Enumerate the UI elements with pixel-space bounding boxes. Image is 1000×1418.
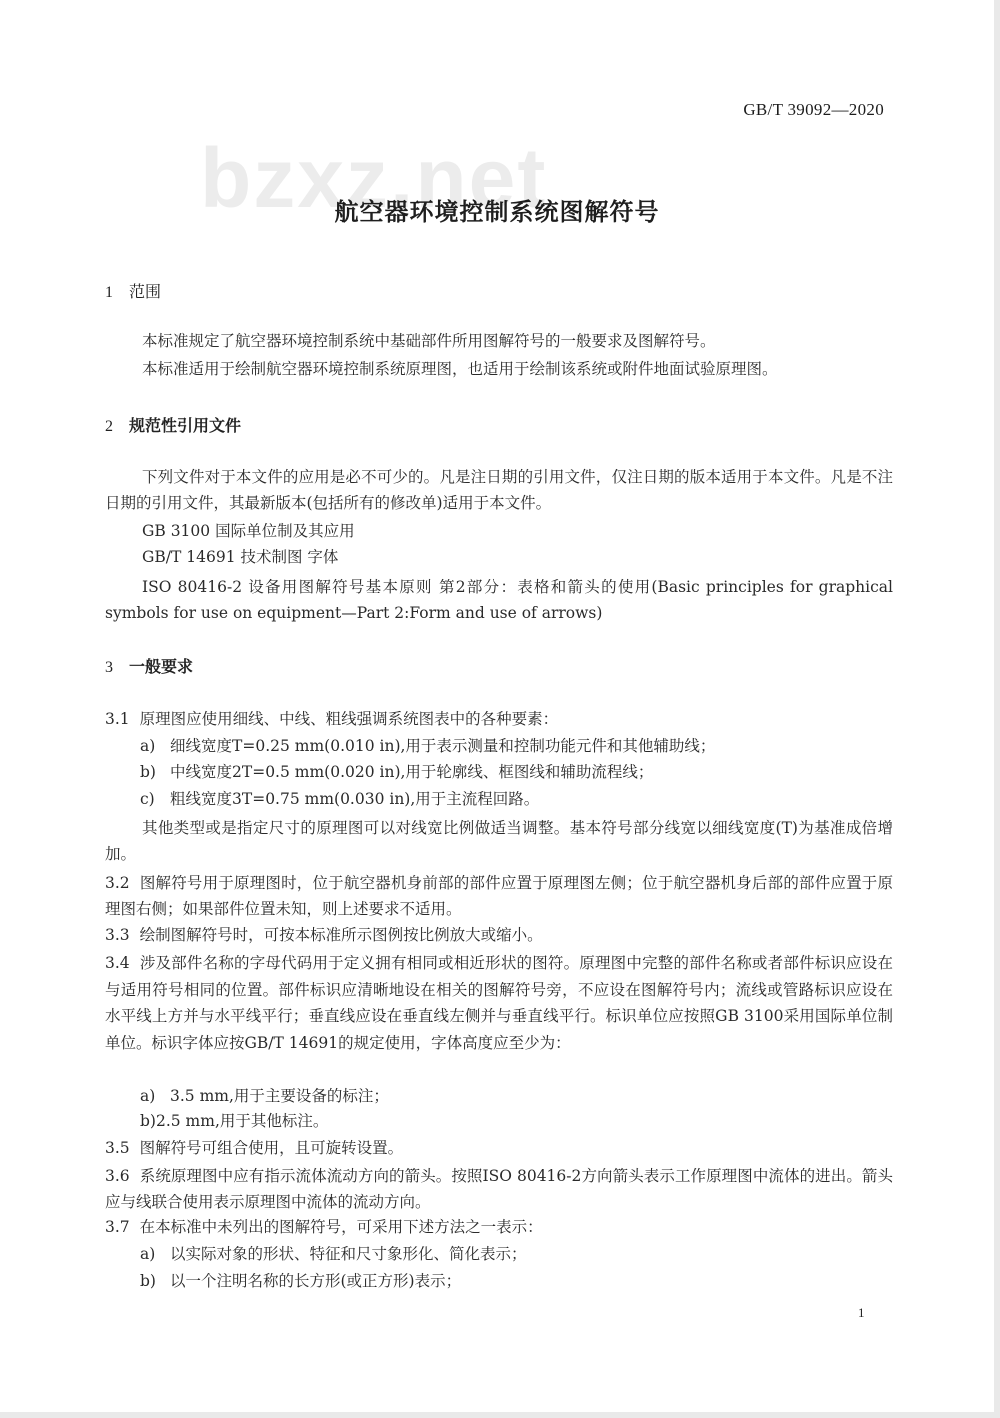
item-label: c) [140,788,170,810]
standard-code: GB/T 39092—2020 [743,100,884,120]
clause-number: 3.5 [105,1139,130,1157]
clause-text: 图解符号可组合使用，且可旋转设置。 [140,1139,404,1157]
section-title: 范围 [129,282,161,301]
clause-3-4-item-a: a)3.5 mm,用于主要设备的标注； [140,1085,389,1107]
clause-number: 3.3 [105,926,130,944]
references-intro: 下列文件对于本文件的应用是必不可少的。凡是注日期的引用文件，仅注日期的版本适用于… [105,464,893,516]
section-number: 2 [105,418,113,435]
scope-paragraph-1: 本标准规定了航空器环境控制系统中基础部件所用图解符号的一般要求及图解符号。 [105,330,893,352]
clause-number: 3.2 [105,874,130,892]
clause-text: 系统原理图中应有指示流体流动方向的箭头。按照ISO 80416-2方向箭头表示工… [105,1167,893,1211]
reference-iso80416: ISO 80416-2 设备用图解符号基本原则 第2部分：表格和箭头的使用(Ba… [105,574,893,626]
clause-text: 原理图应使用细线、中线、粗线强调系统图表中的各种要素： [140,710,559,728]
section-1-heading: 1范围 [105,279,161,302]
document-title: 航空器环境控制系统图解符号 [0,192,994,227]
document-page: GB/T 39092—2020 bzxz.net 航空器环境控制系统图解符号 1… [0,0,994,1412]
clause-3-4-item-b: b)2.5 mm,用于其他标注。 [140,1110,328,1132]
clause-3-3: 3.3绘制图解符号时，可按本标准所示图例按比例放大或缩小。 [105,924,543,946]
reference-gb3100: GB 3100 国际单位制及其应用 [142,520,355,542]
clause-text: 涉及部件名称的字母代码用于定义拥有相同或相近形状的图符。原理图中完整的部件名称或… [105,954,893,1052]
item-text: 细线宽度T=0.25 mm(0.010 in),用于表示测量和控制功能元件和其他… [170,737,715,755]
item-label: b) [140,761,170,783]
clause-3-7-item-a: a)以实际对象的形状、特征和尺寸象形化、简化表示； [140,1243,527,1265]
clause-text: 在本标准中未列出的图解符号，可采用下述方法之一表示： [140,1218,543,1236]
section-2-heading: 2规范性引用文件 [105,413,241,436]
section-title: 规范性引用文件 [129,416,241,435]
item-label: a) [140,1243,170,1265]
clause-number: 3.4 [105,954,130,972]
scope-paragraph-2: 本标准适用于绘制航空器环境控制系统原理图，也适用于绘制该系统或附件地面试验原理图… [105,358,893,380]
clause-3-1-item-c: c)粗线宽度3T=0.75 mm(0.030 in),用于主流程回路。 [140,788,539,810]
clause-3-1-item-a: a)细线宽度T=0.25 mm(0.010 in),用于表示测量和控制功能元件和… [140,735,715,757]
clause-3-1: 3.1原理图应使用细线、中线、粗线强调系统图表中的各种要素： [105,708,558,730]
item-text: 以一个注明名称的长方形(或正方形)表示； [170,1272,461,1290]
item-text: 2.5 mm,用于其他标注。 [156,1112,328,1130]
clause-text: 图解符号用于原理图时，位于航空器机身前部的部件应置于原理图左侧；位于航空器机身后… [105,874,893,918]
item-text: 3.5 mm,用于主要设备的标注； [170,1087,389,1105]
clause-3-4: 3.4涉及部件名称的字母代码用于定义拥有相同或相近形状的图符。原理图中完整的部件… [105,950,893,1056]
section-number: 3 [105,659,113,676]
clause-number: 3.7 [105,1218,130,1236]
page-number: 1 [858,1305,865,1321]
item-text: 以实际对象的形状、特征和尺寸象形化、简化表示； [170,1245,527,1263]
clause-3-7-item-b: b)以一个注明名称的长方形(或正方形)表示； [140,1270,461,1292]
section-number: 1 [105,284,113,301]
clause-3-5: 3.5图解符号可组合使用，且可旋转设置。 [105,1137,403,1159]
clause-number: 3.1 [105,710,130,728]
clause-3-6: 3.6系统原理图中应有指示流体流动方向的箭头。按照ISO 80416-2方向箭头… [105,1163,893,1215]
clause-text: 绘制图解符号时，可按本标准所示图例按比例放大或缩小。 [140,926,543,944]
section-title: 一般要求 [129,657,193,676]
reference-gbt14691: GB/T 14691 技术制图 字体 [142,546,338,568]
clause-3-1-item-b: b)中线宽度2T=0.5 mm(0.020 in),用于轮廓线、框图线和辅助流程… [140,761,653,783]
item-text: 粗线宽度3T=0.75 mm(0.030 in),用于主流程回路。 [170,790,539,808]
section-3-heading: 3一般要求 [105,654,193,677]
clause-3-7: 3.7在本标准中未列出的图解符号，可采用下述方法之一表示： [105,1216,543,1238]
clause-3-2: 3.2图解符号用于原理图时，位于航空器机身前部的部件应置于原理图左侧；位于航空器… [105,870,893,922]
item-label: b) [140,1112,156,1130]
clause-number: 3.6 [105,1167,130,1185]
clause-3-1-note: 其他类型或是指定尺寸的原理图可以对线宽比例做适当调整。基本符号部分线宽以细线宽度… [105,815,893,867]
item-label: b) [140,1270,170,1292]
item-label: a) [140,1085,170,1107]
item-label: a) [140,735,170,757]
item-text: 中线宽度2T=0.5 mm(0.020 in),用于轮廓线、框图线和辅助流程线； [170,763,653,781]
